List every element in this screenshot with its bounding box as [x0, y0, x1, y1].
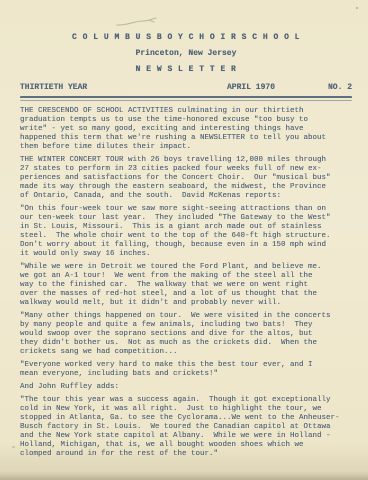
pencil-squiggle-mark [116, 15, 158, 29]
newsletter-page: C O L U M B U S B O Y C H O I R S C H O … [0, 0, 368, 480]
masthead-issue-number: NO. 2 [328, 83, 352, 92]
ford-plant-quote-paragraph: "While we were in Detroit we toured the … [20, 263, 352, 308]
newsletter-title: N E W S L E T T E R [20, 65, 352, 74]
masthead-year-label: THIRTIETH YEAR [20, 83, 174, 92]
winter-tour-paragraph: THE WINTER CONCERT TOUR with 26 boys tra… [20, 156, 352, 201]
gateway-arch-quote-paragraph: "On this four-week tour we saw more sigh… [20, 205, 352, 259]
masthead-row: THIRTIETH YEAR APRIL 1970 NO. 2 [20, 83, 352, 92]
intro-paragraph: THE CRESCENDO OF SCHOOL ACTIVITIES culmi… [20, 107, 352, 152]
ruffley-quote-paragraph: "The tour this year was a success again.… [20, 396, 352, 459]
page-bottom-edge-shadow [0, 471, 368, 480]
ruffley-intro-line: And John Ruffley adds: [20, 383, 352, 392]
school-name-heading: C O L U M B U S B O Y C H O I R S C H O … [20, 33, 352, 42]
masthead-divider-rule [20, 96, 352, 101]
bats-crickets-quote-paragraph: "Many other things happened on tour. We … [20, 312, 352, 357]
newsletter-body: THE CRESCENDO OF SCHOOL ACTIVITIES culmi… [20, 107, 352, 459]
school-location: Princeton, New Jersey [20, 49, 352, 58]
paper-speck [356, 7, 358, 9]
paper-speck [12, 446, 15, 448]
masthead-date: APRIL 1970 [174, 83, 328, 92]
best-tour-quote-paragraph: "Everyone worked very hard to make this … [20, 361, 352, 379]
